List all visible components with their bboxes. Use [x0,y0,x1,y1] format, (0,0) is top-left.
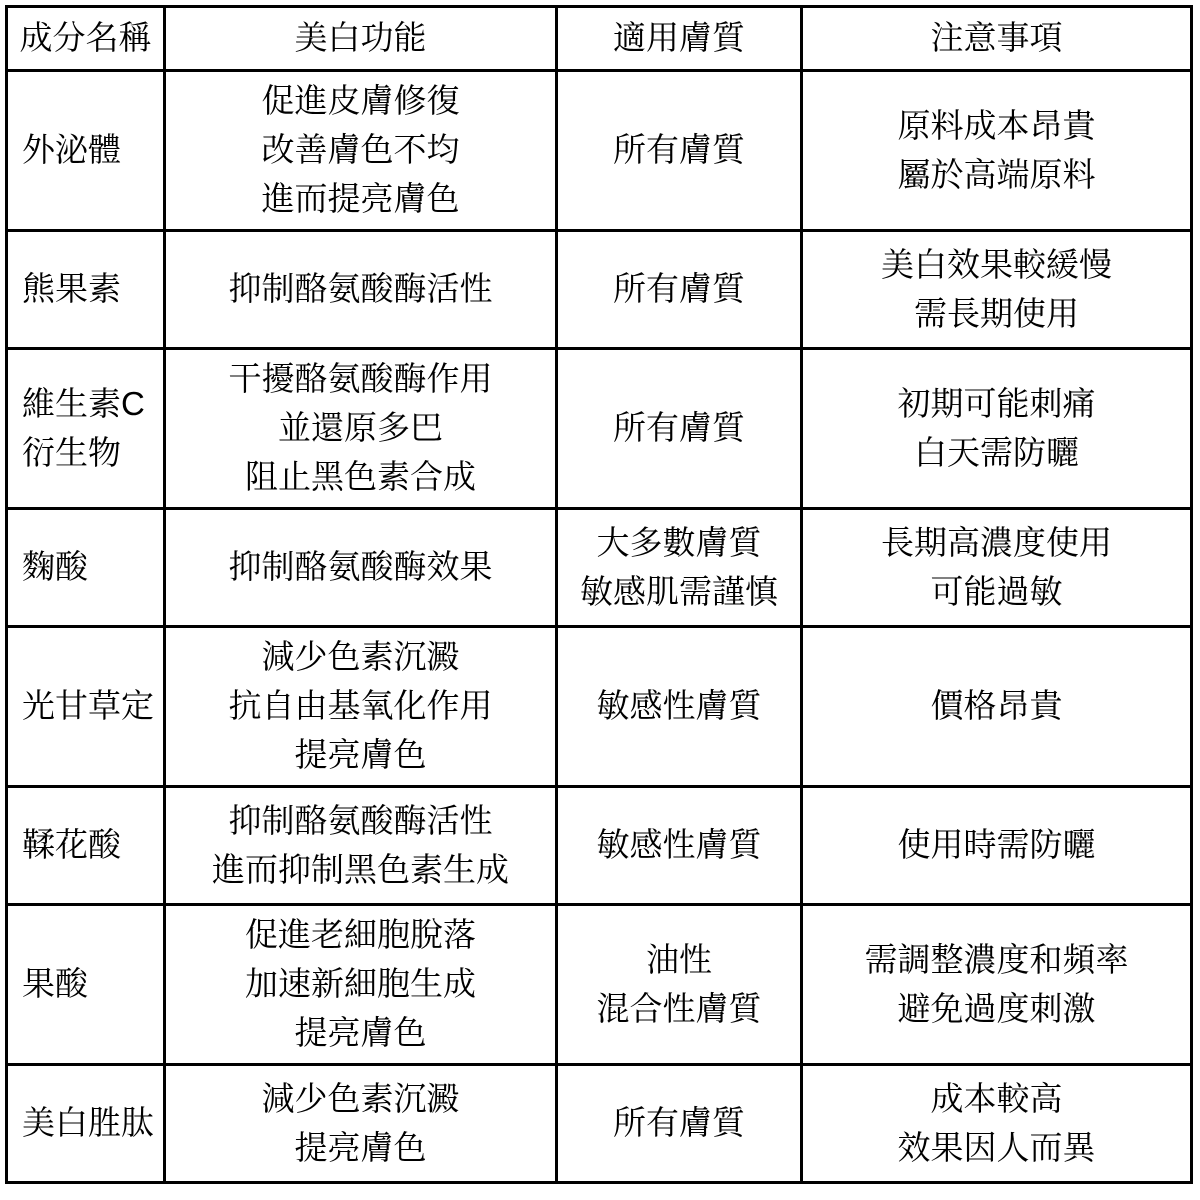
skin-type-cell: 所有膚質 [557,231,802,349]
whitening-ingredients-table: 成分名稱 美白功能 適用膚質 注意事項 外泌體 促進皮膚修復 改善膚色不均 進而… [5,5,1193,1184]
notes-cell: 美白效果較緩慢 需長期使用 [802,231,1192,349]
notes-cell: 價格昂貴 [802,627,1192,787]
function-cell: 抑制酪氨酸酶活性 [165,231,557,349]
skin-type-cell: 所有膚質 [557,349,802,509]
table-row: 美白胜肽 減少色素沉澱 提亮膚色 所有膚質 成本較高 效果因人而異 [7,1065,1192,1183]
ingredient-name-cell: 果酸 [7,905,165,1065]
function-cell: 促進皮膚修復 改善膚色不均 進而提亮膚色 [165,71,557,231]
table-row: 果酸 促進老細胞脫落 加速新細胞生成 提亮膚色 油性 混合性膚質 需調整濃度和頻… [7,905,1192,1065]
table-row: 鞣花酸 抑制酪氨酸酶活性 進而抑制黑色素生成 敏感性膚質 使用時需防曬 [7,787,1192,905]
header-suitable-skin-type: 適用膚質 [557,7,802,71]
notes-cell: 原料成本昂貴 屬於高端原料 [802,71,1192,231]
function-cell: 抑制酪氨酸酶活性 進而抑制黑色素生成 [165,787,557,905]
ingredient-name-cell: 鞣花酸 [7,787,165,905]
skin-type-cell: 大多數膚質 敏感肌需謹慎 [557,509,802,627]
function-cell: 抑制酪氨酸酶效果 [165,509,557,627]
skin-type-cell: 油性 混合性膚質 [557,905,802,1065]
ingredient-name-cell: 維生素C 衍生物 [7,349,165,509]
function-cell: 減少色素沉澱 抗自由基氧化作用 提亮膚色 [165,627,557,787]
notes-cell: 長期高濃度使用 可能過敏 [802,509,1192,627]
notes-cell: 使用時需防曬 [802,787,1192,905]
ingredient-name-cell: 美白胜肽 [7,1065,165,1183]
notes-cell: 需調整濃度和頻率 避免過度刺激 [802,905,1192,1065]
table-row: 外泌體 促進皮膚修復 改善膚色不均 進而提亮膚色 所有膚質 原料成本昂貴 屬於高… [7,71,1192,231]
table-row: 光甘草定 減少色素沉澱 抗自由基氧化作用 提亮膚色 敏感性膚質 價格昂貴 [7,627,1192,787]
header-whitening-function: 美白功能 [165,7,557,71]
table-header-row: 成分名稱 美白功能 適用膚質 注意事項 [7,7,1192,71]
skin-type-cell: 敏感性膚質 [557,627,802,787]
ingredient-name-cell: 光甘草定 [7,627,165,787]
function-cell: 干擾酪氨酸酶作用 並還原多巴 阻止黑色素合成 [165,349,557,509]
table-row: 維生素C 衍生物 干擾酪氨酸酶作用 並還原多巴 阻止黑色素合成 所有膚質 初期可… [7,349,1192,509]
table-row: 麴酸 抑制酪氨酸酶效果 大多數膚質 敏感肌需謹慎 長期高濃度使用 可能過敏 [7,509,1192,627]
skin-type-cell: 所有膚質 [557,1065,802,1183]
page: 成分名稱 美白功能 適用膚質 注意事項 外泌體 促進皮膚修復 改善膚色不均 進而… [0,0,1200,1200]
ingredient-name-cell: 麴酸 [7,509,165,627]
function-cell: 減少色素沉澱 提亮膚色 [165,1065,557,1183]
header-precautions: 注意事項 [802,7,1192,71]
notes-cell: 成本較高 效果因人而異 [802,1065,1192,1183]
table-row: 熊果素 抑制酪氨酸酶活性 所有膚質 美白效果較緩慢 需長期使用 [7,231,1192,349]
function-cell: 促進老細胞脫落 加速新細胞生成 提亮膚色 [165,905,557,1065]
skin-type-cell: 所有膚質 [557,71,802,231]
ingredient-name-cell: 外泌體 [7,71,165,231]
header-ingredient-name: 成分名稱 [7,7,165,71]
skin-type-cell: 敏感性膚質 [557,787,802,905]
ingredient-name-cell: 熊果素 [7,231,165,349]
notes-cell: 初期可能刺痛 白天需防曬 [802,349,1192,509]
